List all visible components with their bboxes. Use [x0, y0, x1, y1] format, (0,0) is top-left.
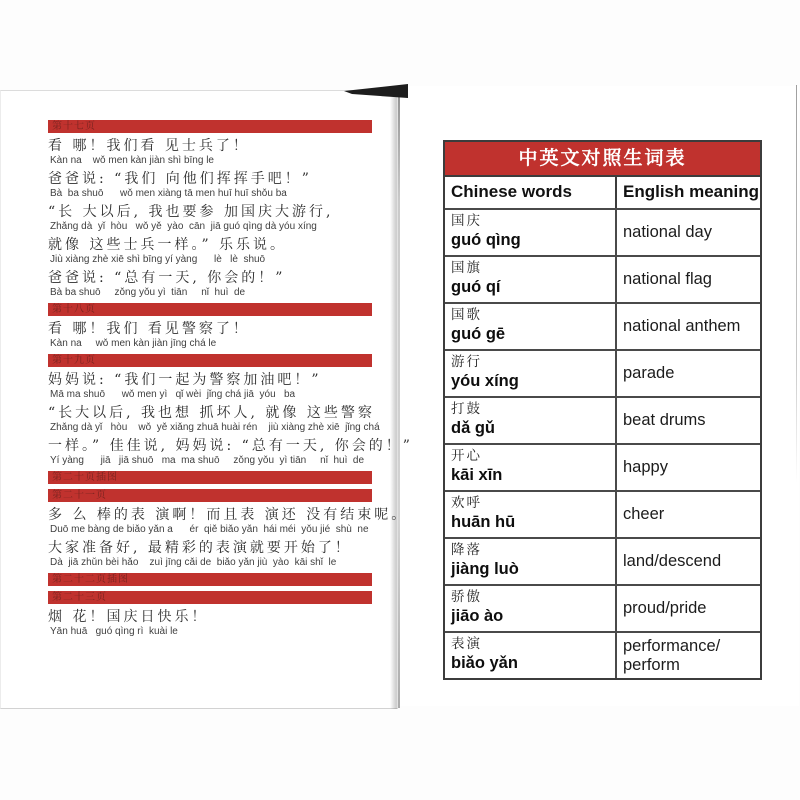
pinyin-text-line: Kàn na wǒ men kàn jiàn shì bīng le: [48, 155, 372, 166]
pinyin-text-line: Dà jiā zhǔn bèi hǎo zuì jīng cǎi de biǎo…: [48, 557, 372, 568]
chinese-text-line: 就像 这些士兵一样。” 乐乐说。: [48, 237, 372, 254]
vocab-row: 游行yóu xíngparade: [445, 349, 760, 396]
pinyin-text-line: Yān huā guó qìng rì kuài le: [48, 626, 372, 637]
vocab-pinyin: dǎ gǔ: [451, 418, 615, 439]
vocab-cell-chinese: 打鼓dǎ gǔ: [445, 398, 617, 443]
section-header-bar: 第二十三页: [48, 591, 372, 604]
section-header-label: 第十七页: [48, 120, 372, 133]
vocab-cell-chinese: 游行yóu xíng: [445, 351, 617, 396]
page-fold-line: [398, 92, 400, 708]
section-header-bar: 第十八页: [48, 303, 372, 316]
section-header-label: 第十九页: [48, 354, 372, 367]
section-header-bar: 第二十二页插图: [48, 573, 372, 586]
vocab-row: 国庆guó qìngnational day: [445, 208, 760, 255]
vocab-cell-english: happy: [617, 445, 760, 490]
vocab-cell-chinese: 欢呼huān hū: [445, 492, 617, 537]
vocab-pinyin: jiàng luò: [451, 559, 615, 580]
vocab-pinyin: guó qìng: [451, 230, 615, 251]
vocab-chinese-word: 打鼓: [451, 401, 615, 418]
vocab-pinyin: guó gē: [451, 324, 615, 345]
vocab-row: 降落jiàng luòland/​descend: [445, 537, 760, 584]
vocab-pinyin: yóu xíng: [451, 371, 615, 392]
vocab-pinyin: biǎo yǎn: [451, 653, 615, 674]
vocab-pinyin: jiāo ào: [451, 606, 615, 627]
section-header-label: 第十八页: [48, 303, 372, 316]
vocab-row: 国歌guó gēnational anthem: [445, 302, 760, 349]
vocab-chinese-word: 游行: [451, 354, 615, 371]
section-header-bar: 第二十一页: [48, 489, 372, 502]
vocab-table: 中英文对照生词表 Chinese words English meaning 国…: [443, 140, 762, 680]
chinese-text-line: 妈妈说: “我们一起为警察加油吧！”: [48, 372, 372, 389]
vocab-chinese-word: 表演: [451, 636, 615, 653]
pinyin-text-line: Zhǎng dà yǐ hòu wǒ yě xiǎng zhuā huài ré…: [48, 422, 372, 433]
vocab-row: 国旗guó qínational flag: [445, 255, 760, 302]
vocab-pinyin: guó qí: [451, 277, 615, 298]
book-spread-photo: { "colors": { "accent_red": "#c0322e", "…: [0, 0, 800, 800]
vocab-table-title: 中英文对照生词表: [445, 142, 760, 175]
pinyin-text-line: Mā ma shuō wǒ men yì qǐ wèi jǐng chá jiā…: [48, 389, 372, 400]
section-header-label: 第二十一页: [48, 489, 372, 502]
vocab-rows: 国庆guó qìngnational day国旗guó qínational f…: [445, 208, 760, 678]
page-corner-fold: [344, 84, 410, 100]
chinese-text-line: 多 么 棒的表 演啊！而且表 演还 没有结束呢。: [48, 507, 372, 524]
vocab-row: 欢呼huān hūcheer: [445, 490, 760, 537]
pinyin-text-line: Bà ba shuō wǒ men xiàng tā men huī huī s…: [48, 188, 372, 199]
section-header-label: 第二十页插图: [48, 471, 372, 484]
vocab-cell-chinese: 开心kāi xīn: [445, 445, 617, 490]
chinese-text-line: “长大以后, 我也想 抓坏人, 就像 这些警察: [48, 405, 372, 422]
chinese-text-line: 爸爸说: “总有一天, 你会的！”: [48, 270, 372, 287]
vocab-cell-english: performance/​perform: [617, 633, 760, 678]
section-header-label: 第二十二页插图: [48, 573, 372, 586]
vocab-cell-chinese: 国歌guó gē: [445, 304, 617, 349]
vocab-cell-english: beat drums: [617, 398, 760, 443]
vocab-row: 打鼓dǎ gǔbeat drums: [445, 396, 760, 443]
vocab-chinese-word: 国旗: [451, 260, 615, 277]
chinese-text-line: 爸爸说: “我们 向他们挥挥手吧！”: [48, 171, 372, 188]
page-fold-shadow: [390, 89, 398, 709]
vocab-cell-english: parade: [617, 351, 760, 396]
pinyin-text-line: Duō me bàng de biǎo yǎn a ér qiě biǎo yǎ…: [48, 524, 372, 535]
section-header-bar: 第二十页插图: [48, 471, 372, 484]
vocab-chinese-word: 国歌: [451, 307, 615, 324]
vocab-cell-chinese: 国旗guó qí: [445, 257, 617, 302]
chinese-text-line: “长 大以后, 我也要参 加国庆大游行,: [48, 204, 372, 221]
vocab-chinese-word: 国庆: [451, 213, 615, 230]
chinese-text-line: 看 哪！我们看 见士兵了！: [48, 138, 372, 155]
column-header-english-meaning: English meaning: [617, 177, 760, 208]
vocab-cell-english: national day: [617, 210, 760, 255]
vocab-chinese-word: 骄傲: [451, 589, 615, 606]
vocab-cell-english: land/​descend: [617, 539, 760, 584]
section-header-bar: 第十九页: [48, 354, 372, 367]
pinyin-text-line: Jiù xiàng zhè xiē shì bīng yí yàng lè lè…: [48, 254, 372, 265]
pinyin-text-line: Zhǎng dà yǐ hòu wǒ yě yào cān jiā guó qì…: [48, 221, 372, 232]
pinyin-text-line: Yí yàng jiā jiā shuō ma ma shuō zǒng yǒu…: [48, 455, 372, 466]
section-header-label: 第二十三页: [48, 591, 372, 604]
left-page-content: 第十七页看 哪！我们看 见士兵了！Kàn na wǒ men kàn jiàn …: [48, 120, 372, 642]
chinese-text-line: 烟 花！国庆日快乐！: [48, 609, 372, 626]
page-right-edge: [796, 85, 797, 483]
vocab-chinese-word: 开心: [451, 448, 615, 465]
vocab-cell-english: national anthem: [617, 304, 760, 349]
vocab-cell-chinese: 骄傲jiāo ào: [445, 586, 617, 631]
pinyin-text-line: Bà ba shuō zǒng yǒu yì tiān nǐ huì de: [48, 287, 372, 298]
vocab-pinyin: huān hū: [451, 512, 615, 533]
vocab-cell-chinese: 降落jiàng luò: [445, 539, 617, 584]
column-header-chinese-words: Chinese words: [445, 177, 617, 208]
vocab-row: 骄傲jiāo àoproud/​pride: [445, 584, 760, 631]
pinyin-text-line: Kàn na wǒ men kàn jiàn jīng chá le: [48, 338, 372, 349]
vocab-chinese-word: 降落: [451, 542, 615, 559]
vocab-pinyin: kāi xīn: [451, 465, 615, 486]
vocab-cell-chinese: 表演biǎo yǎn: [445, 633, 617, 678]
vocab-cell-english: cheer: [617, 492, 760, 537]
vocab-row: 开心kāi xīnhappy: [445, 443, 760, 490]
vocab-row: 表演biǎo yǎnperformance/​perform: [445, 631, 760, 678]
chinese-text-line: 看 哪！我们 看见警察了！: [48, 321, 372, 338]
chinese-text-line: 大家准备好, 最精彩的表演就要开始了！: [48, 540, 372, 557]
vocab-cell-chinese: 国庆guó qìng: [445, 210, 617, 255]
vocab-cell-english: national flag: [617, 257, 760, 302]
chinese-text-line: 一样。” 佳佳说, 妈妈说: “总有一天, 你会的！”: [48, 438, 372, 455]
vocab-cell-english: proud/​pride: [617, 586, 760, 631]
vocab-table-header-row: Chinese words English meaning: [445, 175, 760, 208]
vocab-chinese-word: 欢呼: [451, 495, 615, 512]
section-header-bar: 第十七页: [48, 120, 372, 133]
